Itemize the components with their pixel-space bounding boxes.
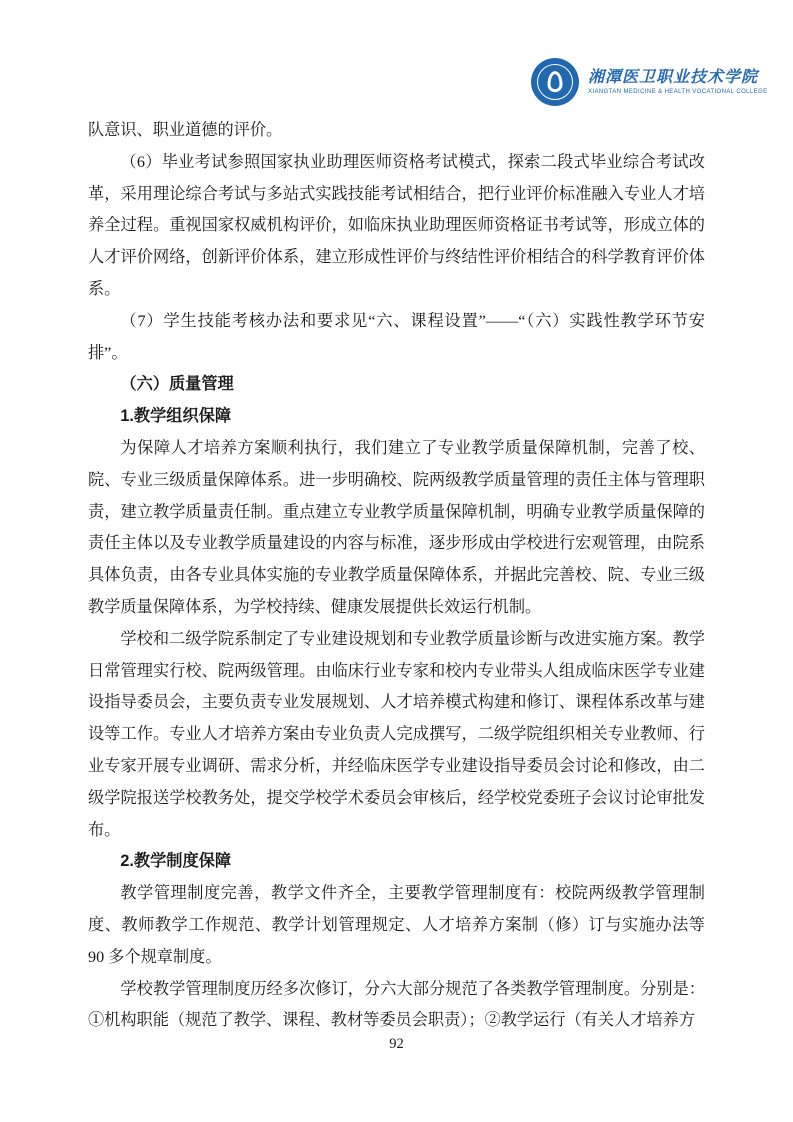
college-seal-icon	[531, 58, 579, 106]
paragraph-item-7: （7）学生技能考核办法和要求见“六、课程设置”——“（六）实践性教学环节安排”。	[88, 306, 705, 370]
heading-teaching-org-support: 1.教学组织保障	[88, 401, 705, 433]
college-logo-text: 湘潭医卫职业技术学院 XIANGTAN MEDICINE & HEALTH VO…	[588, 69, 767, 96]
paragraph-system-support-1: 教学管理制度完善，教学文件齐全，主要教学管理制度有：校院两级教学管理制度、教师教…	[88, 878, 705, 973]
page-number: 92	[389, 1036, 404, 1052]
page-footer: 92	[0, 1036, 793, 1053]
heading-quality-management: （六）质量管理	[88, 369, 705, 401]
paragraph-org-support-1: 为保障人才培养方案顺利执行，我们建立了专业教学质量保障机制，完善了校、院、专业三…	[88, 433, 705, 624]
heading-teaching-system-support: 2.教学制度保障	[88, 846, 705, 878]
college-name-en: XIANGTAN MEDICINE & HEALTH VOCATIONAL CO…	[588, 89, 767, 96]
seal-lotus-glyph	[548, 71, 563, 92]
paragraph-system-support-2: 学校教学管理制度历经多次修订，分六大部分规范了各类教学管理制度。分别是：①机构职…	[88, 974, 705, 1038]
document-body: 队意识、职业道德的评价。 （6）毕业考试参照国家执业助理医师资格考试模式，探索二…	[88, 115, 705, 1037]
college-name-zh: 湘潭医卫职业技术学院	[588, 69, 767, 87]
document-page: 湘潭医卫职业技术学院 XIANGTAN MEDICINE & HEALTH VO…	[0, 0, 793, 1122]
paragraph-continuation: 队意识、职业道德的评价。	[88, 115, 705, 147]
paragraph-item-6: （6）毕业考试参照国家执业助理医师资格考试模式，探索二段式毕业综合考试改革，采用…	[88, 147, 705, 306]
paragraph-org-support-2: 学校和二级学院系制定了专业建设规划和专业教学质量诊断与改进实施方案。教学日常管理…	[88, 624, 705, 847]
college-logo: 湘潭医卫职业技术学院 XIANGTAN MEDICINE & HEALTH VO…	[531, 58, 767, 106]
